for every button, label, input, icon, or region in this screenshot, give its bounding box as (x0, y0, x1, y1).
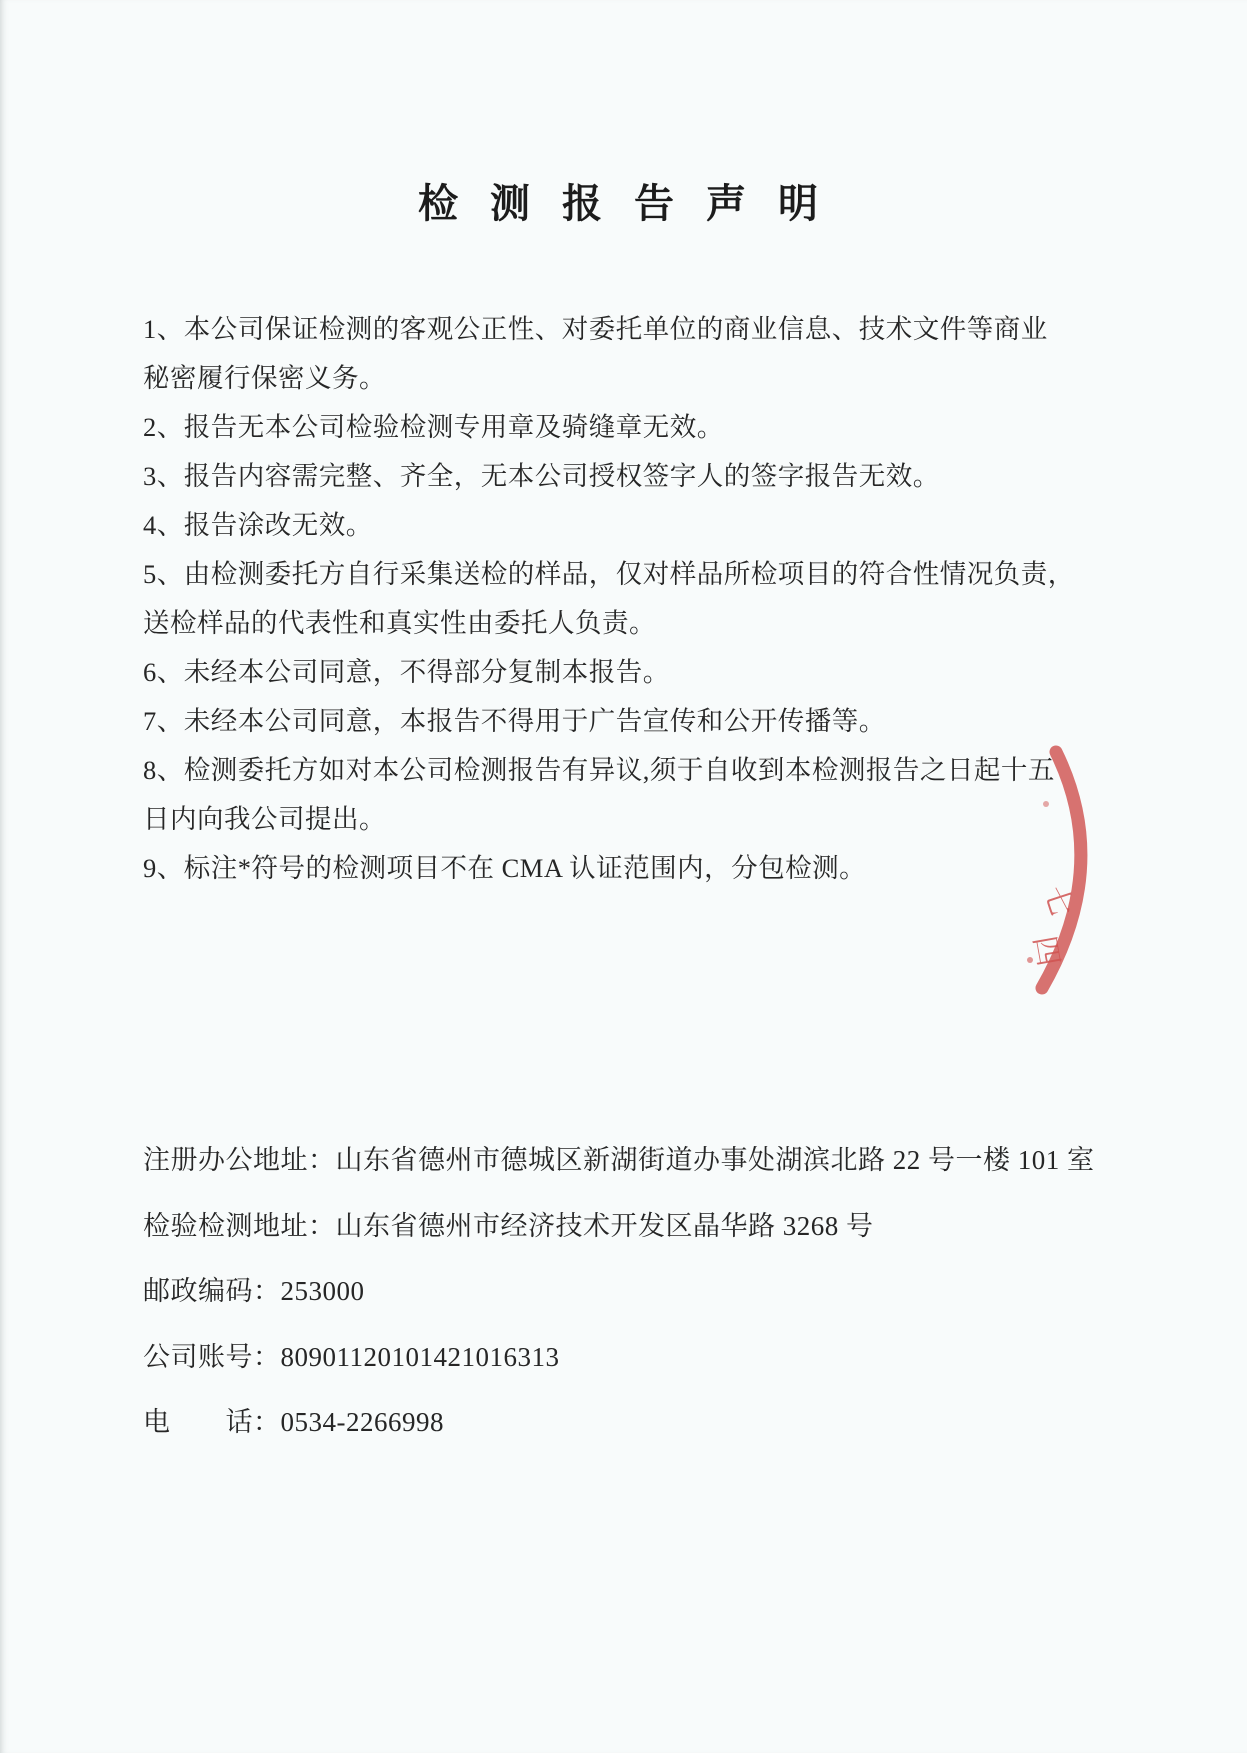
statement-item-8-line-1: 8、检测委托方如对本公司检测报告有异议,须于自收到本检测报告之日起十五 (143, 746, 1035, 795)
seal-arc (1042, 752, 1081, 988)
seal-char: 七 (1037, 882, 1078, 921)
contact-value: 山东省德州市经济技术开发区晶华路 3268 号 (336, 1211, 874, 1241)
statement-item-5-line-1: 5、由检测委托方自行采集送检的样品，仅对样品所检项目的符合性情况负责， (143, 550, 1035, 599)
contact-label: 公司账号： (143, 1342, 281, 1372)
statement-item-2-line-1: 2、报告无本公司检验检测专用章及骑缝章无效。 (143, 403, 1035, 452)
statement-item-1-line-2: 秘密履行保密义务。 (143, 354, 1035, 403)
statement-item-9-line-1: 9、标注*符号的检测项目不在 CMA 认证范围内，分包检测。 (143, 844, 1035, 893)
contact-row-account-number: 公司账号：80901120101421016313 (143, 1325, 1103, 1391)
statement-item-6-line-1: 6、未经本公司同意，不得部分复制本报告。 (143, 648, 1035, 697)
contact-label: 邮政编码： (143, 1276, 281, 1306)
contact-row-registered-address: 注册办公地址：山东省德州市德城区新湖街道办事处湖滨北路 22 号一楼 101 室 (143, 1128, 1103, 1194)
contact-label: 检验检测地址： (143, 1211, 336, 1241)
seal-char: 四 (1027, 933, 1065, 968)
statement-item-5-line-2: 送检样品的代表性和真实性由委托人负责。 (143, 599, 1035, 648)
seal-speck (1043, 801, 1049, 807)
contact-value: 山东省德州市德城区新湖街道办事处湖滨北路 22 号一楼 101 室 (336, 1145, 1095, 1175)
contact-row-postal-code: 邮政编码：253000 (143, 1259, 1103, 1325)
contact-value: 253000 (281, 1276, 365, 1306)
document-title: 检 测 报 告 声 明 (0, 172, 1247, 229)
contact-value: 0534-2266998 (281, 1407, 445, 1437)
contact-label: 注册办公地址： (143, 1145, 336, 1175)
contact-value: 80901120101421016313 (281, 1342, 560, 1372)
statement-item-8-line-2: 日内向我公司提出。 (143, 795, 1035, 844)
contact-row-phone: 电 话：0534-2266998 (143, 1390, 1103, 1456)
statement-item-1-line-1: 1、本公司保证检测的客观公正性、对委托单位的商业信息、技术文件等商业 (143, 305, 1035, 354)
contact-label: 电 话： (143, 1407, 281, 1437)
contact-info: 注册办公地址：山东省德州市德城区新湖街道办事处湖滨北路 22 号一楼 101 室… (143, 1128, 1103, 1456)
statement-item-4-line-1: 4、报告涂改无效。 (143, 501, 1035, 550)
statement-item-7-line-1: 7、未经本公司同意，本报告不得用于广告宣传和公开传播等。 (143, 697, 1035, 746)
statement-body: 1、本公司保证检测的客观公正性、对委托单位的商业信息、技术文件等商业 秘密履行保… (143, 305, 1035, 893)
seal-speck (1027, 957, 1033, 963)
document-page: 检 测 报 告 声 明 1、本公司保证检测的客观公正性、对委托单位的商业信息、技… (0, 0, 1247, 1753)
statement-item-3-line-1: 3、报告内容需完整、齐全，无本公司授权签字人的签字报告无效。 (143, 452, 1035, 501)
contact-row-testing-address: 检验检测地址：山东省德州市经济技术开发区晶华路 3268 号 (143, 1194, 1103, 1260)
